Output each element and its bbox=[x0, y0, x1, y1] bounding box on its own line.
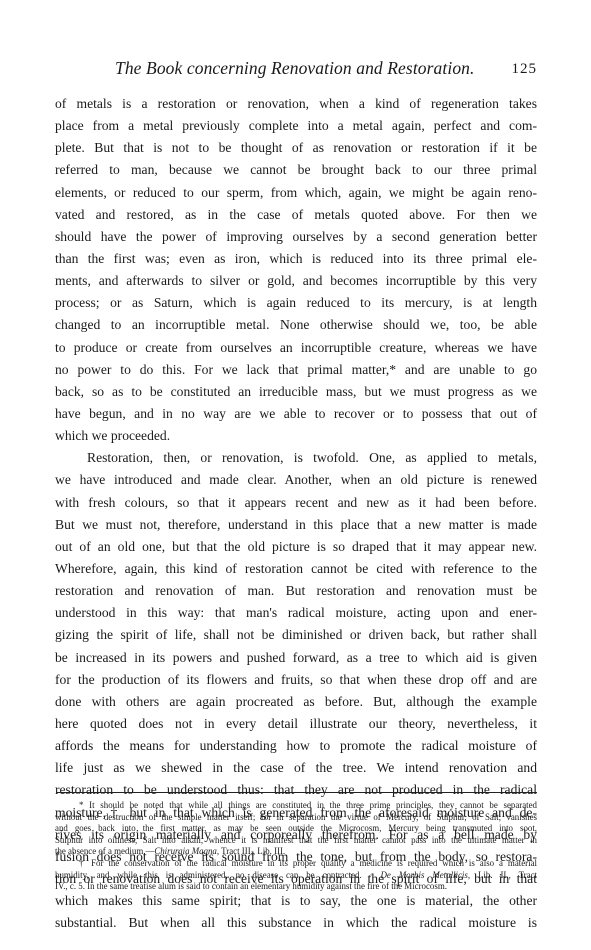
paragraph-start-line: Restoration, then, or renovation, is two… bbox=[55, 447, 537, 469]
footnotes: * It should be noted that while all thin… bbox=[55, 800, 537, 893]
text-line: which we proceeded. bbox=[55, 425, 537, 447]
text-line: referred to man, because we cannot be br… bbox=[55, 159, 537, 181]
footnote-line: † For the conservation of the radical mo… bbox=[55, 858, 537, 870]
footnote-line: * It should be noted that while all thin… bbox=[55, 800, 537, 812]
text-line: here quoted does not in every detail ill… bbox=[55, 713, 537, 735]
text-line: with fresh colours, so that it appears r… bbox=[55, 492, 537, 514]
text-line: Wherefore, again, this kind of restorati… bbox=[55, 558, 537, 580]
text-line: But we must not, therefore, understand i… bbox=[55, 514, 537, 536]
text-line: place from a metal previously complete i… bbox=[55, 115, 537, 137]
text-line: out of an old one, but that the old pict… bbox=[55, 536, 537, 558]
footnote-line: and goes back into the first matter, as … bbox=[55, 823, 537, 835]
text-line: affords the means for understanding how … bbox=[55, 735, 537, 757]
text-line: should have the power of improving ourse… bbox=[55, 226, 537, 248]
text-line: which makes this same spirit; that is to… bbox=[55, 890, 537, 912]
text-line: we have introduced and made clear. Anoth… bbox=[55, 469, 537, 491]
text-line: life just as we shewed in the case of th… bbox=[55, 757, 537, 779]
text-line: of metals is a restoration or renovation… bbox=[55, 93, 537, 115]
footnote-line-with-citation: humidity, and while this is administered… bbox=[55, 870, 537, 882]
footnote-line: IV., c. 5. In the same treatise alum is … bbox=[55, 881, 537, 893]
text-line: be increased in its powers and pushed fo… bbox=[55, 647, 537, 669]
citation-title: De Morbis Metallicis bbox=[381, 870, 468, 880]
text-line: than the first was; even as iron, which … bbox=[55, 248, 537, 270]
text-line: understood in this way: that man's radic… bbox=[55, 602, 537, 624]
text-line: have begun, and in no way are we able to… bbox=[55, 403, 537, 425]
citation-sep: · bbox=[362, 870, 381, 880]
footnote-line-with-citation: the absence of a medium.—Chirurgia Magna… bbox=[55, 846, 537, 858]
footnote-line: Sulphur into oiliness, Salt into alkali,… bbox=[55, 835, 537, 847]
running-head: The Book concerning Renovation and Resto… bbox=[55, 58, 537, 82]
citation-ref: , Lib. II., Tract bbox=[468, 870, 537, 880]
text-line: substantial. But when all this substance… bbox=[55, 912, 537, 934]
text-line: gizing the spirit of life, shall not be … bbox=[55, 624, 537, 646]
footnote-rule bbox=[57, 792, 537, 793]
footnote-line: without the destruction of the simple ma… bbox=[55, 812, 537, 824]
text-line: no power to do this. For we lack that pr… bbox=[55, 359, 537, 381]
text-line: restoration and renovation of man. But r… bbox=[55, 580, 537, 602]
text-line: elements, or reduced to our sperm, from … bbox=[55, 182, 537, 204]
text-line: restoration to be understood thus: that … bbox=[55, 779, 537, 801]
page-number: 125 bbox=[512, 61, 538, 78]
footnote-text: humidity, and while this is administered… bbox=[55, 870, 362, 880]
citation-dash: — bbox=[145, 846, 154, 856]
citation-ref: , Tract III., Lib. III. bbox=[217, 846, 285, 856]
text-line: ments, and afterwards to silver or gold,… bbox=[55, 270, 537, 292]
footnote-text: the absence of a medium. bbox=[55, 846, 145, 856]
text-line: changed to an incorruptible metal. None … bbox=[55, 314, 537, 336]
text-line: for the production of its flowers and fr… bbox=[55, 669, 537, 691]
text-line: to produce or create from ourselves an i… bbox=[55, 337, 537, 359]
text-line: vated and restored, as in the case of me… bbox=[55, 204, 537, 226]
text-line: plete. But that is not to be thought of … bbox=[55, 137, 537, 159]
text-line: done with others are again procreated as… bbox=[55, 691, 537, 713]
text-line: process; or as Saturn, which is again re… bbox=[55, 292, 537, 314]
text-line: back, so as to be constituted an irreduc… bbox=[55, 381, 537, 403]
citation-title: Chirurgia Magna bbox=[154, 846, 217, 856]
running-title: The Book concerning Renovation and Resto… bbox=[115, 58, 475, 79]
